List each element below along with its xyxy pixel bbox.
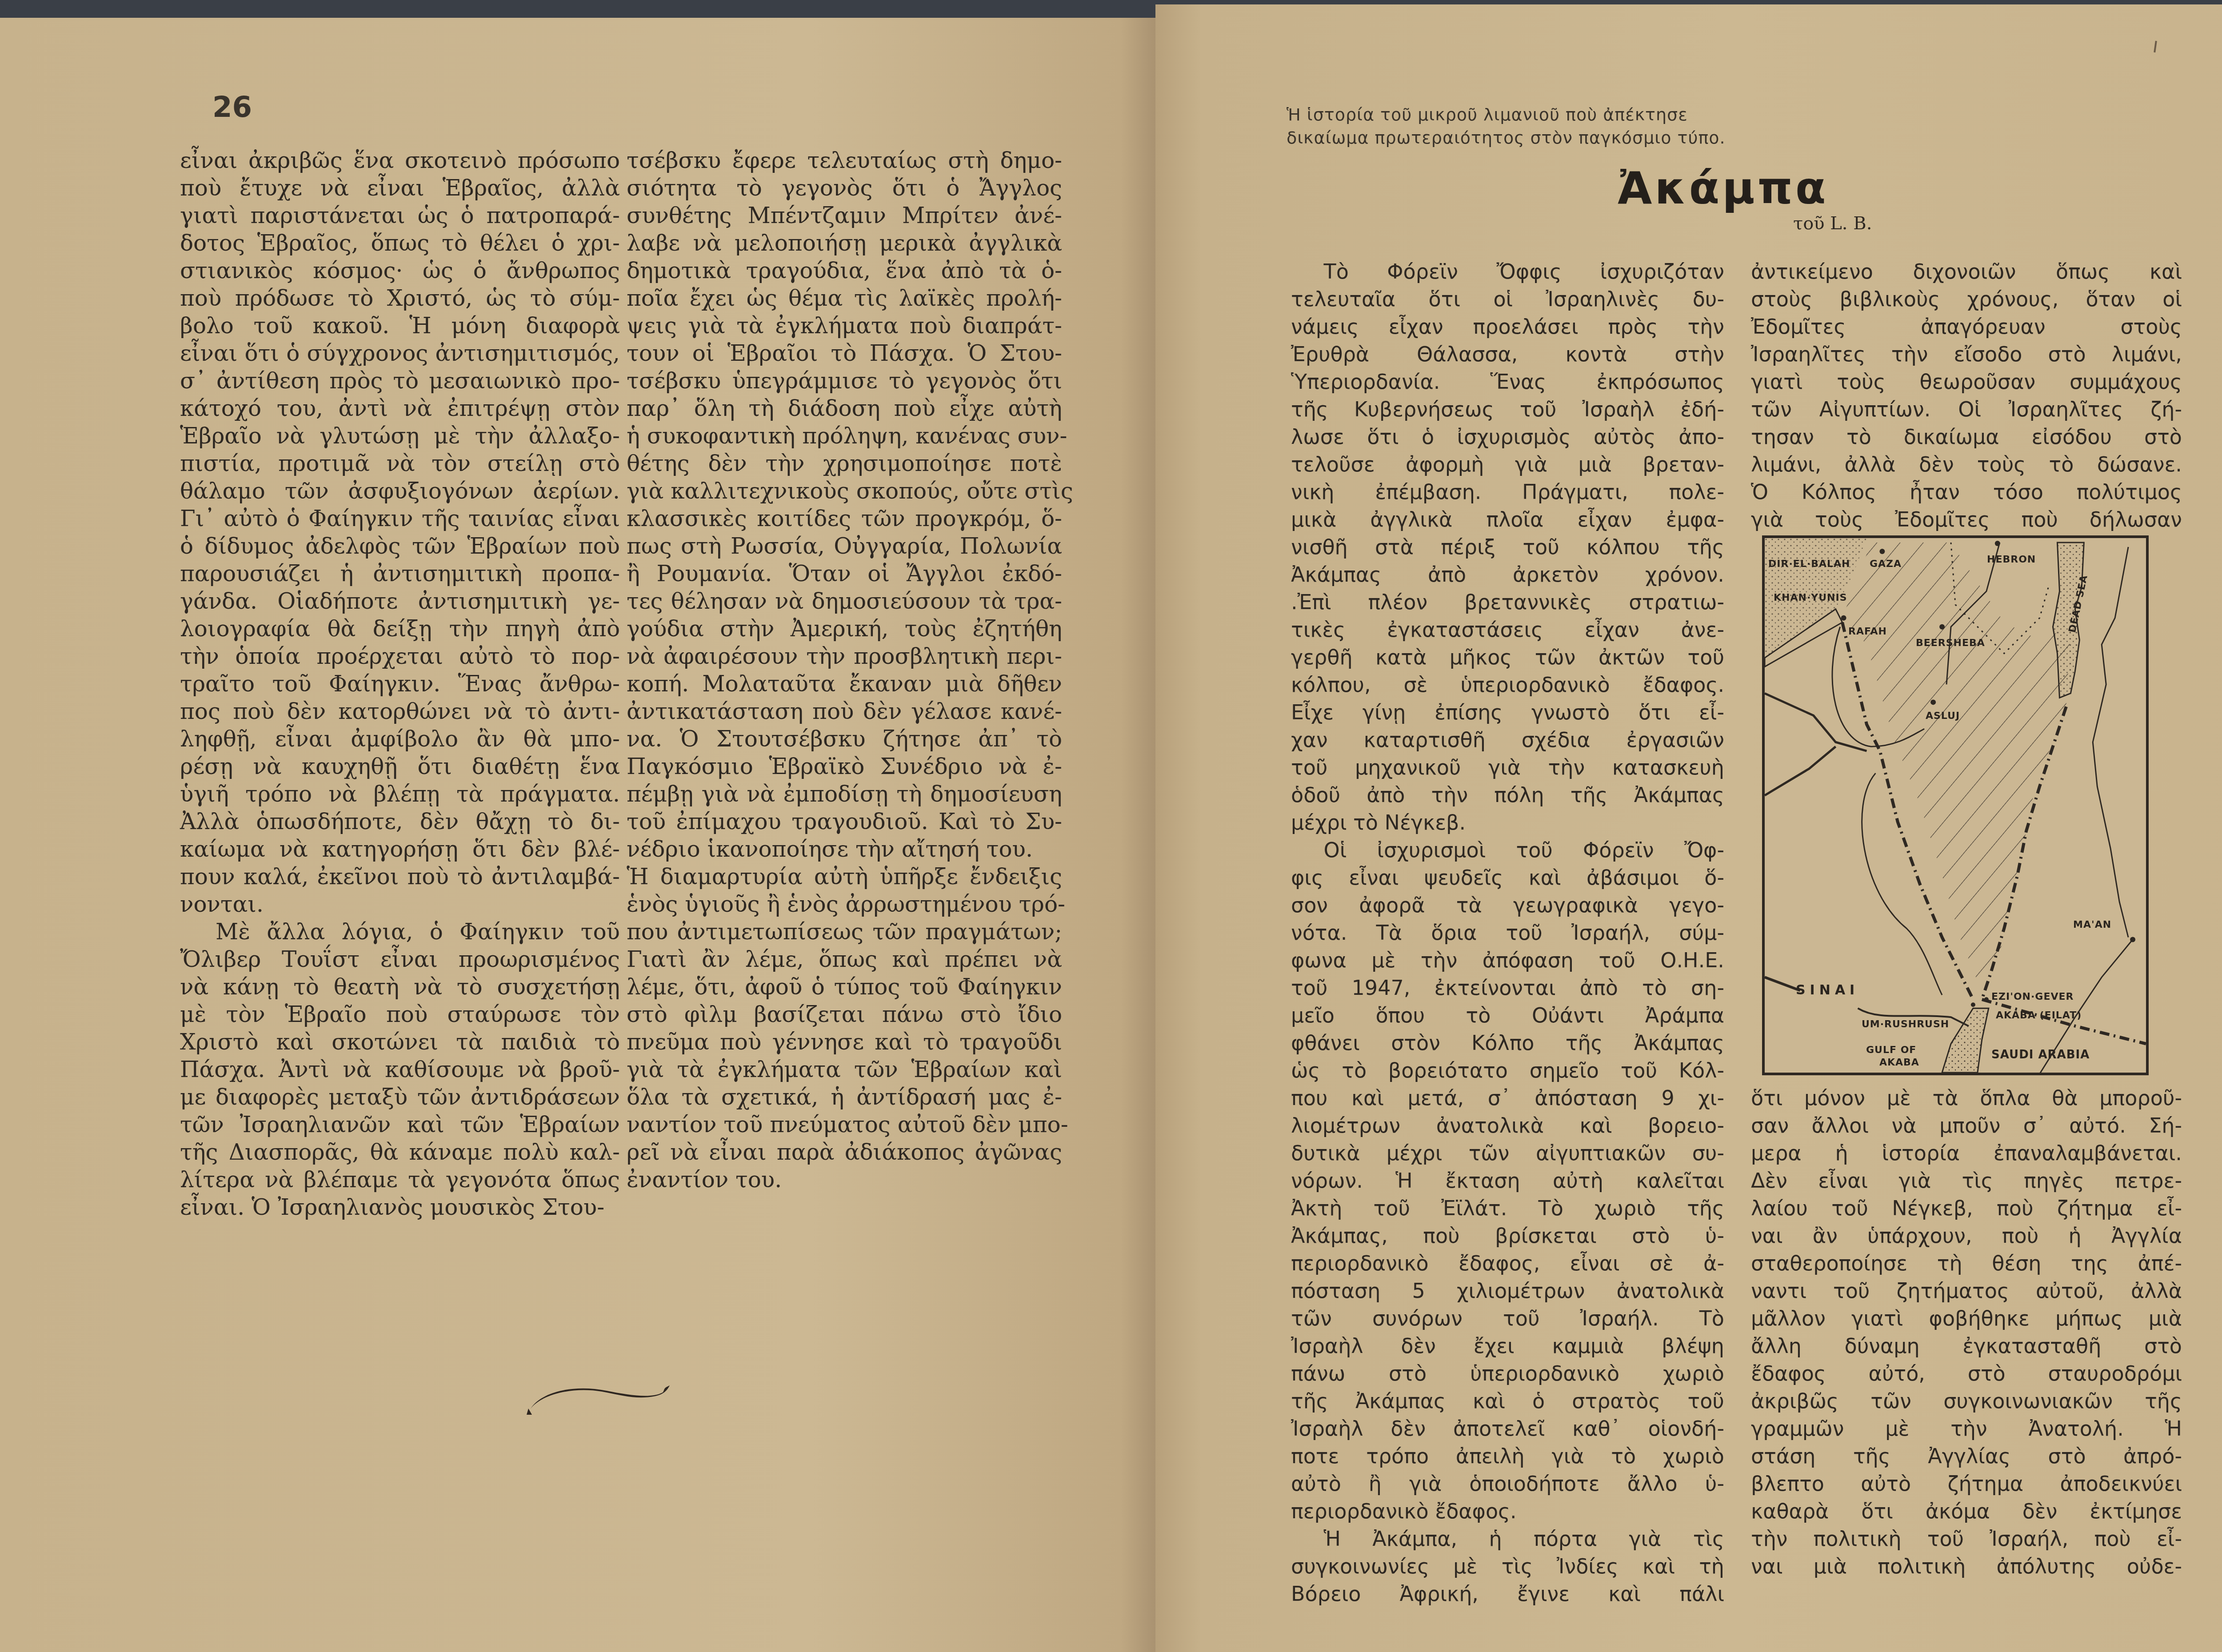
- text-line: θέτης δὲν τὴν χρησιμοποίησε ποτὲ: [627, 450, 1062, 477]
- text-line: ναι ἂν ὑπάρχουν, ποὺ ἡ Ἀγγλία: [1751, 1222, 2182, 1249]
- text-line: ὁδοῦ ἀπὸ τὴν πόλη τῆς Ἀκάμπας: [1291, 781, 1724, 809]
- text-line: ἀκριβῶς τῶν συγκοινωνιακῶν τῆς: [1751, 1387, 2182, 1415]
- text-line: τοῦ ἐπίμαχου τραγουδιοῦ. Καὶ τὸ Συ-: [627, 808, 1062, 835]
- text-line: Γιατὶ ἂν λέμε, ὅπως καὶ πρέπει νὰ: [627, 946, 1062, 973]
- text-line: Ἰσραὴλ δὲν ἀποτελεῖ καθ᾿ οἱονδή-: [1291, 1415, 1724, 1442]
- caption-line-2: δικαίωμα πρωτεραιότητος στὸν παγκόσμιο τ…: [1287, 126, 1864, 149]
- text-line: τῆς Διασπορᾶς, θὰ κάναμε πολὺ καλ-: [180, 1138, 620, 1166]
- text-line: νονται.: [180, 890, 620, 918]
- text-line: σταθεροποίησε τὴ θέση της ἀπέ-: [1751, 1249, 2182, 1277]
- text-line: λοιογραφία θὰ δείξῃ τὴν πηγὴ ἀπὸ: [180, 615, 620, 642]
- article-byline: τοῦ L. B.: [1793, 213, 1872, 234]
- text-line: Ἡ Ἀκάμπα, ἡ πόρτα γιὰ τὶς: [1291, 1525, 1724, 1552]
- text-line: γιατὶ τοὺς θεωροῦσαν συμμάχους: [1751, 368, 2182, 395]
- text-line: μέχρι τὸ Νέγκεβ.: [1291, 809, 1724, 836]
- text-line: ρέσῃ νὰ καυχηθῇ ὅτι διαθέτῃ ἕνα: [180, 753, 620, 780]
- text-line: τῆς Ἀκάμπας καὶ ὁ στρατὸς τοῦ: [1291, 1387, 1724, 1415]
- text-line: πόσταση 5 χιλιομέτρων ἀνατολικὰ: [1291, 1277, 1724, 1305]
- text-line: τοῦ μηχανικοῦ γιὰ τὴν κατασκευὴ: [1291, 754, 1724, 781]
- text-line: Ὄλιβερ Τουΐστ εἶναι προωρισμένος: [180, 946, 620, 973]
- text-line: τὴν ὁποία προέρχεται αὐτὸ τὸ πορ-: [180, 642, 620, 670]
- text-line: πέμβῃ γιὰ νὰ ἐμποδίσῃ τὴ δημοσίευση: [627, 780, 1062, 808]
- text-line: φις εἶναι ψευδεῖς καὶ ἀβάσιμοι ὅ-: [1291, 864, 1724, 891]
- text-line: σ᾿ ἀντίθεση πρὸς τὸ μεσαιωνικὸ προ-: [180, 367, 620, 395]
- page-number: 26: [212, 91, 252, 124]
- text-line: τελευταῖα ὅτι οἱ Ἰσραηλινὲς δυ-: [1291, 285, 1724, 313]
- text-line: ὅτι μόνον μὲ τὰ ὅπλα θὰ μποροῦ-: [1751, 1084, 2182, 1112]
- text-line: πιστία, προτιμᾶ νὰ τὸν στείλῃ στὸ: [180, 450, 620, 477]
- text-line: πουν καλά, ἐκεῖνοι ποὺ τὸ ἀντιλαμβά-: [180, 863, 620, 890]
- text-line: καθαρὰ ὅτι ἀκόμα δὲν ἐκτίμησε: [1751, 1497, 2182, 1525]
- map-label-gulf-of: GULF OF: [1866, 1045, 1916, 1056]
- text-line: γιὰ καλλιτεχνικοὺς σκοπούς, οὔτε στὶς: [627, 477, 1062, 505]
- text-line: νὰ κάνῃ τὸ θεατὴ νὰ τὸ συσχετήσῃ: [180, 973, 620, 1001]
- text-line: τικὲς ἐγκαταστάσεις εἶχαν ἀνε-: [1291, 616, 1724, 643]
- text-line: παρ᾿ ὅλη τὴ διάδοση ποὺ εἶχε αὐτὴ: [627, 395, 1062, 422]
- text-line: που καὶ μετά, σ᾿ ἀπόσταση 9 χι-: [1291, 1084, 1724, 1112]
- text-line: Ἀκάμπας ἀπὸ ἀρκετὸν χρόνον.: [1291, 561, 1724, 588]
- text-line: περιορδανικὸ ἔδαφος, εἶναι σὲ ἀ-: [1291, 1249, 1724, 1277]
- text-line: Ἐρυθρὰ Θάλασσα, κοντὰ στὴν: [1291, 340, 1724, 368]
- text-line: νότα. Τὰ ὅρια τοῦ Ἰσραήλ, σύμ-: [1291, 919, 1724, 946]
- text-line: ὅλα τὰ σχετικά, ἡ ἀντίδρασή μας ἐ-: [627, 1083, 1062, 1111]
- text-line: σιότητα τὸ γεγονὸς ὅτι ὁ Ἄγγλος: [627, 174, 1062, 202]
- text-line: Ἐδομῖτες ἀπαγόρευαν στοὺς: [1751, 313, 2182, 340]
- map-label-asluj: ASLUJ: [1926, 710, 1960, 722]
- text-line: Ἰσραὴλ δὲν ἔχει καμμιὰ βλέψη: [1291, 1332, 1724, 1360]
- text-line: Ἀκάμπας, ποὺ βρίσκεται στὸ ὑ-: [1291, 1222, 1724, 1249]
- text-line: φθάνει στὸν Κόλπο τῆς Ἀκάμπας: [1291, 1029, 1724, 1057]
- text-line: τουν οἱ Ἑβραῖοι τὸ Πάσχα. Ὁ Στου-: [627, 339, 1062, 367]
- left-col2-paragraph-2: Ἡ διαμαρτυρία αὐτὴ ὑπῆρξε ἔνδειξιςἑνὸς ὑ…: [627, 863, 1062, 1193]
- text-line: τῆς Κυβερνήσεως τοῦ Ἰσραὴλ ἐδή-: [1291, 395, 1724, 423]
- text-line: γιατὶ παριστάνεται ὡς ὁ πατροπαρά-: [180, 202, 620, 229]
- text-line: ἡ συκοφαντικὴ πρόληψη, κανένας συν-: [627, 422, 1062, 450]
- map-label-saudi-arabia: SAUDI ARABIA: [1991, 1048, 2090, 1061]
- text-line: αὐτὸ ἢ γιὰ ὁποιοδήποτε ἄλλο ὑ-: [1291, 1470, 1724, 1497]
- text-line: πάνω στὸ ὑπεριορδανικὸ χωριὸ: [1291, 1360, 1724, 1387]
- text-line: νάμεις εἶχαν προελάσει πρὸς τὴν: [1291, 313, 1724, 340]
- right-page-column-2-bottom: ὅτι μόνον μὲ τὰ ὅπλα θὰ μποροῦ-σαν ἄλλοι…: [1751, 1084, 2182, 1580]
- text-line: Γι᾿ αὐτὸ ὁ Φαίηγκιν τῆς ταινίας εἶναι: [180, 505, 620, 532]
- text-line: βολο τοῦ κακοῦ. Ἡ μόνη διαφορὰ: [180, 312, 620, 339]
- article-title: Ἀκάμπα: [1618, 162, 1829, 214]
- text-line: φωνα μὲ τὴν ἀπόφαση τοῦ Ο.Η.Ε.: [1291, 946, 1724, 974]
- map-figure: DIR·EL·BALAH GAZA KHAN·YUNIS RAFAH HEBRO…: [1762, 535, 2149, 1075]
- text-line: γούδια στὴν Ἀμερική, τοὺς ἐζητήθη: [627, 615, 1062, 642]
- text-line: λαβε νὰ μελοποιήσῃ μερικὰ ἀγγλικὰ: [627, 229, 1062, 257]
- map-label-khan-yunis: KHAN·YUNIS: [1774, 592, 1847, 603]
- text-line: νόρων. Ἡ ἔκταση αὐτὴ καλεῖται: [1291, 1167, 1724, 1194]
- text-line: περιορδανικὸ ἔδαφος.: [1291, 1497, 1724, 1525]
- text-line: λίτερα νὰ βλέπαμε τὰ γεγονότα ὅπως: [180, 1166, 620, 1193]
- text-line: σον ἀφορᾶ τὰ γεωγραφικὰ γεγο-: [1291, 891, 1724, 919]
- map-label-akaba-eilat: AKABA (EILAT): [1996, 1010, 2082, 1021]
- text-line: στάση τῆς Ἀγγλίας στὸ ἀπρό-: [1751, 1442, 2182, 1470]
- text-line: ὁ δίδυμος ἀδελφὸς τῶν Ἑβραίων ποὺ: [180, 532, 620, 560]
- text-line: γραμμῶν μὲ τὴν Ἀνατολή. Ἡ: [1751, 1415, 2182, 1442]
- text-line: Ἰσραηλῖτες τὴν εἴσοδο στὸ λιμάνι,: [1751, 340, 2182, 368]
- text-line: ἄλλη δύναμη ἐγκατασταθῆ στὸ: [1751, 1332, 2182, 1360]
- text-line: Ἑβραῖο νὰ γλυτώσῃ μὲ τὴν ἀλλαξο-: [180, 422, 620, 450]
- text-line: μερα ἡ ἱστορία ἐπαναλαμβάνεται.: [1751, 1139, 2182, 1167]
- text-line: που ἀντιμετωπίσεως τῶν πραγμάτων;: [627, 918, 1062, 946]
- text-line: Πάσχα. Ἀντὶ νὰ καθίσουμε νὰ βροῦ-: [180, 1056, 620, 1083]
- left-col1-paragraph-1: εἶναι ἀκριβῶς ἕνα σκοτεινὸ πρόσωποποὺ ἔτ…: [180, 147, 620, 918]
- text-line: τὴν πολιτικὴ τοῦ Ἰσραήλ, ποὺ εἶ-: [1751, 1525, 2182, 1552]
- text-line: δοτος Ἑβραῖος, ὅπως τὸ θέλει ὁ χρι-: [180, 229, 620, 257]
- text-line: μικὰ ἀγγλικὰ πλοῖα εἶχαν ἐμφα-: [1291, 506, 1724, 533]
- map-label-ezion-gever: EZI'ON·GEVER: [1991, 991, 2074, 1002]
- text-line: συνθέτης Μπέντζαμιν Μπρίτεν ἀνέ-: [627, 202, 1062, 229]
- text-line: ὑγιῆ τρόπο νὰ βλέπῃ τὰ πράγματα.: [180, 780, 620, 808]
- map-label-hebron: HEBRON: [1987, 554, 2036, 565]
- text-line: κόλπου, σὲ ὑπεριορδανικὸ ἔδαφος.: [1291, 671, 1724, 698]
- text-line: ἔδαφος αὐτό, στὸ σταυροδρόμι: [1751, 1360, 2182, 1387]
- text-line: μὲ τὸν Ἑβραῖο ποὺ σταύρωσε τὸν: [180, 1001, 620, 1028]
- text-line: πως στὴ Ρωσσία, Οὐγγαρία, Πολωνία: [627, 532, 1062, 560]
- text-line: ψεις γιὰ τὰ ἐγκλήματα ποὺ διαπράτ-: [627, 312, 1062, 339]
- text-line: ἐναντίον του.: [627, 1166, 1062, 1193]
- text-line: δυτικὰ μέχρι τῶν αἰγυπτιακῶν συ-: [1291, 1139, 1724, 1167]
- text-line: εἶναι ὅτι ὁ σύγχρονος ἀντισημιτισμός,: [180, 339, 620, 367]
- text-line: νισθῆ στὰ πέριξ τοῦ κόλπου τῆς: [1291, 533, 1724, 561]
- map-label-sinai: SINAI: [1796, 982, 1859, 998]
- right-page-column-1: Τὸ Φόρεϊν Ὄφφις ἰσχυριζόταντελευταῖα ὅτι…: [1291, 258, 1724, 1608]
- text-line: τσέβσκυ ὑπεγράμμισε τὸ γεγονὸς ὅτι: [627, 367, 1062, 395]
- text-line: με διαφορὲς μεταξὺ τῶν ἀντιδράσεων: [180, 1083, 620, 1111]
- text-line: Ὑπεριορδανία. Ἕνας ἐκπρόσωπος: [1291, 368, 1724, 395]
- text-line: γάνδα. Οἱαδήποτε ἀντισημιτικὴ γε-: [180, 587, 620, 615]
- text-line: μᾶλλον γιατὶ φοβήθηκε μήπως μιὰ: [1751, 1305, 2182, 1332]
- text-line: ἀντικατάσταση ποὺ δὲν γέλασε κανέ-: [627, 698, 1062, 725]
- text-line: πος ποὺ δὲν κατορθώνει νὰ τὸ ἀντι-: [180, 698, 620, 725]
- map-label-rafah: RAFAH: [1848, 626, 1887, 637]
- text-line: πνεῦμα ποὺ γέννησε καὶ τὸ τραγοῦδι: [627, 1028, 1062, 1056]
- text-line: Δὲν εἶναι γιὰ τὶς πηγὲς πετρε-: [1751, 1167, 2182, 1194]
- text-line: σαν ἄλλοι νὰ μποῦν σ᾿ αὐτό. Σή-: [1751, 1112, 2182, 1139]
- text-line: .Ἐπὶ πλέον βρεταννικὲς στρατιω-: [1291, 588, 1724, 616]
- text-line: ἑνὸς ὑγιοῦς ἢ ἑνὸς ἀρρωστημένου τρό-: [627, 890, 1062, 918]
- text-line: εἶναι ἀκριβῶς ἕνα σκοτεινὸ πρόσωπο: [180, 147, 620, 174]
- text-line: τῶν Αἰγυπτίων. Οἱ Ἰσραηλῖτες ζή-: [1751, 395, 2182, 423]
- text-line: κλασσικὲς κοιτίδες τῶν προγκρόμ, ὅ-: [627, 505, 1062, 532]
- text-line: λαίου τοῦ Νέγκεβ, ποὺ ζήτημα εἶ-: [1751, 1194, 2182, 1222]
- text-line: Εἶχε γίνῃ ἐπίσης γνωστὸ ὅτι εἶ-: [1291, 698, 1724, 726]
- text-line: Ἡ διαμαρτυρία αὐτὴ ὑπῆρξε ἔνδειξις: [627, 863, 1062, 890]
- left-page-column-2: τσέβσκυ ἔφερε τελευταίως στὴ δημο-σιότητ…: [627, 147, 1062, 1193]
- right-col2-bottom-text: ὅτι μόνον μὲ τὰ ὅπλα θὰ μποροῦ-σαν ἄλλοι…: [1751, 1084, 2182, 1580]
- text-line: νικὴ ἐπέμβαση. Πράγματι, πολε-: [1291, 478, 1724, 506]
- text-line: βλεπτο αὐτὸ ζήτημα ἀποδεικνύει: [1751, 1470, 2182, 1497]
- article-caption: Ἡ ἱστορία τοῦ μικροῦ λιμανιοῦ ποὺ ἀπέκτη…: [1287, 103, 1864, 149]
- text-line: ναντίον τοῦ πνεύματος αὐτοῦ δὲν μπο-: [627, 1111, 1062, 1138]
- left-col2-paragraph-1: τσέβσκυ ἔφερε τελευταίως στὴ δημο-σιότητ…: [627, 147, 1062, 863]
- text-line: ποὺ ἔτυχε νὰ εἶναι Ἑβραῖος, ἀλλὰ: [180, 174, 620, 202]
- text-line: ναι μιὰ πολιτικὴ ἀπόλυτης οὐδε-: [1751, 1552, 2182, 1580]
- text-line: Τὸ Φόρεϊν Ὄφφις ἰσχυριζόταν: [1291, 258, 1724, 285]
- text-line: τελοῦσε ἀφορμὴ γιὰ μιὰ βρεταν-: [1291, 451, 1724, 478]
- text-line: στὸ φὶλμ βασίζεται πάνω στὸ ἴδιο: [627, 1001, 1062, 1028]
- right-page-column-2-top: ἀντικείμενο διχονοιῶν ὅπως καὶστοὺς βιβλ…: [1751, 258, 2182, 533]
- text-line: Βόρειο Ἀφρική, ἔγινε καὶ πάλι: [1291, 1580, 1724, 1608]
- text-line: Ὁ Κόλπος ἦταν τόσο πολύτιμος: [1751, 478, 2182, 506]
- text-line: ναντι τοῦ ζητήματος αὐτοῦ, ἀλλὰ: [1751, 1277, 2182, 1305]
- text-line: εἶναι. Ὁ Ἰσραηλιανὸς μουσικὸς Στου-: [180, 1193, 620, 1221]
- text-line: κοπή. Μολαταῦτα ἔκαναν μιὰ δῆθεν: [627, 670, 1062, 698]
- text-line: στιανικὸς κόσμος· ὡς ὁ ἄνθρωπος: [180, 257, 620, 284]
- right-col1-paragraph-2: Οἱ ἰσχυρισμοὶ τοῦ Φόρεϊν Ὄφ-φις εἶναι ψε…: [1291, 836, 1724, 1525]
- text-line: συγκοινωνίες μὲ τὶς Ἰνδίες καὶ τὴ: [1291, 1552, 1724, 1580]
- map-label-um-rushrush: UM·RUSHRUSH: [1862, 1019, 1949, 1030]
- text-line: τραῖτο τοῦ Φαίηγκιν. Ἕνας ἄνθρω-: [180, 670, 620, 698]
- text-line: ποτε τρόπο ἀπειλὴ γιὰ τὸ χωριὸ: [1291, 1442, 1724, 1470]
- text-line: θάλαμο τῶν ἀσφυξιογόνων ἀερίων.: [180, 477, 620, 505]
- text-line: να. Ὁ Στουτσέβσκυ ζήτησε ἀπ᾿ τὸ: [627, 725, 1062, 753]
- text-line: λιμάνι, ἀλλὰ δὲν τοὺς τὸ δώσανε.: [1751, 451, 2182, 478]
- text-line: γιὰ τὰ ἐγκλήματα τῶν Ἑβραίων καὶ: [627, 1056, 1062, 1083]
- text-line: στοὺς βιβλικοὺς χρόνους, ὅταν οἱ: [1751, 285, 2182, 313]
- map-label-dir-el-balah: DIR·EL·BALAH: [1768, 559, 1850, 570]
- text-line: γερθῆ κατὰ μῆκος τῶν ἀκτῶν τοῦ: [1291, 643, 1724, 671]
- text-line: κάτοχό του, ἀντὶ νὰ ἐπιτρέψῃ στὸν: [180, 395, 620, 422]
- text-line: παρουσιάζει ἡ ἀντισημιτικὴ προπα-: [180, 560, 620, 587]
- text-line: νέδριο ἱκανοποίησε τὴν αἴτησή του.: [627, 835, 1062, 863]
- text-line: τσέβσκυ ἔφερε τελευταίως στὴ δημο-: [627, 147, 1062, 174]
- text-line: δημοτικὰ τραγούδια, ἕνα ἀπὸ τὰ ὁ-: [627, 257, 1062, 284]
- map-label-maan: MA'AN: [2073, 919, 2111, 930]
- text-line: τοῦ 1947, ἐκτείνονται ἀπὸ τὸ ση-: [1291, 974, 1724, 1002]
- caption-line-1: Ἡ ἱστορία τοῦ μικροῦ λιμανιοῦ ποὺ ἀπέκτη…: [1287, 103, 1864, 126]
- text-line: ὡς τὸ βορειότατο σημεῖο τοῦ Κόλ-: [1291, 1057, 1724, 1084]
- text-line: τησαν τὸ δικαίωμα εἰσόδου στὸ: [1751, 423, 2182, 451]
- text-line: λέμε, ὅτι, ἀφοῦ ὁ τύπος τοῦ Φαίηγκιν: [627, 973, 1062, 1001]
- left-page-column-1: εἶναι ἀκριβῶς ἕνα σκοτεινὸ πρόσωποποὺ ἔτ…: [180, 147, 620, 1221]
- text-line: ληφθῇ, εἶναι ἀμφίβολο ἂν θὰ μπο-: [180, 725, 620, 753]
- right-col1-paragraph-1: Τὸ Φόρεϊν Ὄφφις ἰσχυριζόταντελευταῖα ὅτι…: [1291, 258, 1724, 836]
- text-line: Ἀκτὴ τοῦ Ἐϊλάτ. Τὸ χωριὸ τῆς: [1291, 1194, 1724, 1222]
- text-line: ἢ Ρουμανία. Ὅταν οἱ Ἄγγλοι ἐκδό-: [627, 560, 1062, 587]
- text-line: λωσε ὅτι ὁ ἰσχυρισμὸς αὐτὸς ἀπο-: [1291, 423, 1724, 451]
- text-line: λιομέτρων ἀνατολικὰ καὶ βορειο-: [1291, 1112, 1724, 1139]
- text-line: ρεῖ νὰ εἶναι παρὰ ἀδιάκοπος ἀγῶνας: [627, 1138, 1062, 1166]
- right-col2-top-text: ἀντικείμενο διχονοιῶν ὅπως καὶστοὺς βιβλ…: [1751, 258, 2182, 533]
- text-line: καίωμα νὰ κατηγορήσῃ ὅτι δὲν βλέ-: [180, 835, 620, 863]
- text-line: γιὰ τοὺς Ἐδομῖτες ποὺ δήλωσαν: [1751, 506, 2182, 533]
- map-label-beersheba: BEERSHEBA: [1916, 638, 1985, 649]
- text-line: Ἀλλὰ ὁπωσδήποτε, δὲν θἄχῃ τὸ δι-: [180, 808, 620, 835]
- text-line: τῶν Ἰσραηλιανῶν καὶ τῶν Ἑβραίων: [180, 1111, 620, 1138]
- left-col1-paragraph-2: Μὲ ἄλλα λόγια, ὁ Φαίηγκιν τοῦὌλιβερ Τουΐ…: [180, 918, 620, 1221]
- text-line: τῶν συνόρων τοῦ Ἰσραήλ. Τὸ: [1291, 1305, 1724, 1332]
- text-line: τες θέλησαν νὰ δημοσιεύσουν τὰ τρα-: [627, 587, 1062, 615]
- map-label-akaba: AKABA: [1879, 1057, 1919, 1068]
- map-label-gaza: GAZA: [1870, 559, 1902, 570]
- swash-ornament-icon: [522, 1377, 673, 1417]
- text-line: ἀντικείμενο διχονοιῶν ὅπως καὶ: [1751, 258, 2182, 285]
- text-line: ποὺ πρόδωσε τὸ Χριστό, ὡς τὸ σύμ-: [180, 284, 620, 312]
- text-line: Μὲ ἄλλα λόγια, ὁ Φαίηγκιν τοῦ: [180, 918, 620, 946]
- text-line: μεῖο ὅπου τὸ Οὐάντι Ἀράμπα: [1291, 1002, 1724, 1029]
- text-line: νὰ ἀφαιρέσουν τὴν προσβλητικὴ περι-: [627, 642, 1062, 670]
- text-line: Χριστὸ καὶ σκοτώνει τὰ παιδιὰ τὸ: [180, 1028, 620, 1056]
- text-line: Οἱ ἰσχυρισμοὶ τοῦ Φόρεϊν Ὄφ-: [1291, 836, 1724, 864]
- text-line: χαν καταρτισθῆ σχέδια ἐργασιῶν: [1291, 726, 1724, 754]
- text-line: ποῖα ἔχει ὡς θέμα τὶς λαϊκὲς προλή-: [627, 284, 1062, 312]
- text-line: Παγκόσμιο Ἑβραϊκὸ Συνέδριο νὰ ἐ-: [627, 753, 1062, 780]
- right-col1-paragraph-3: Ἡ Ἀκάμπα, ἡ πόρτα γιὰ τὶςσυγκοινωνίες μὲ…: [1291, 1525, 1724, 1608]
